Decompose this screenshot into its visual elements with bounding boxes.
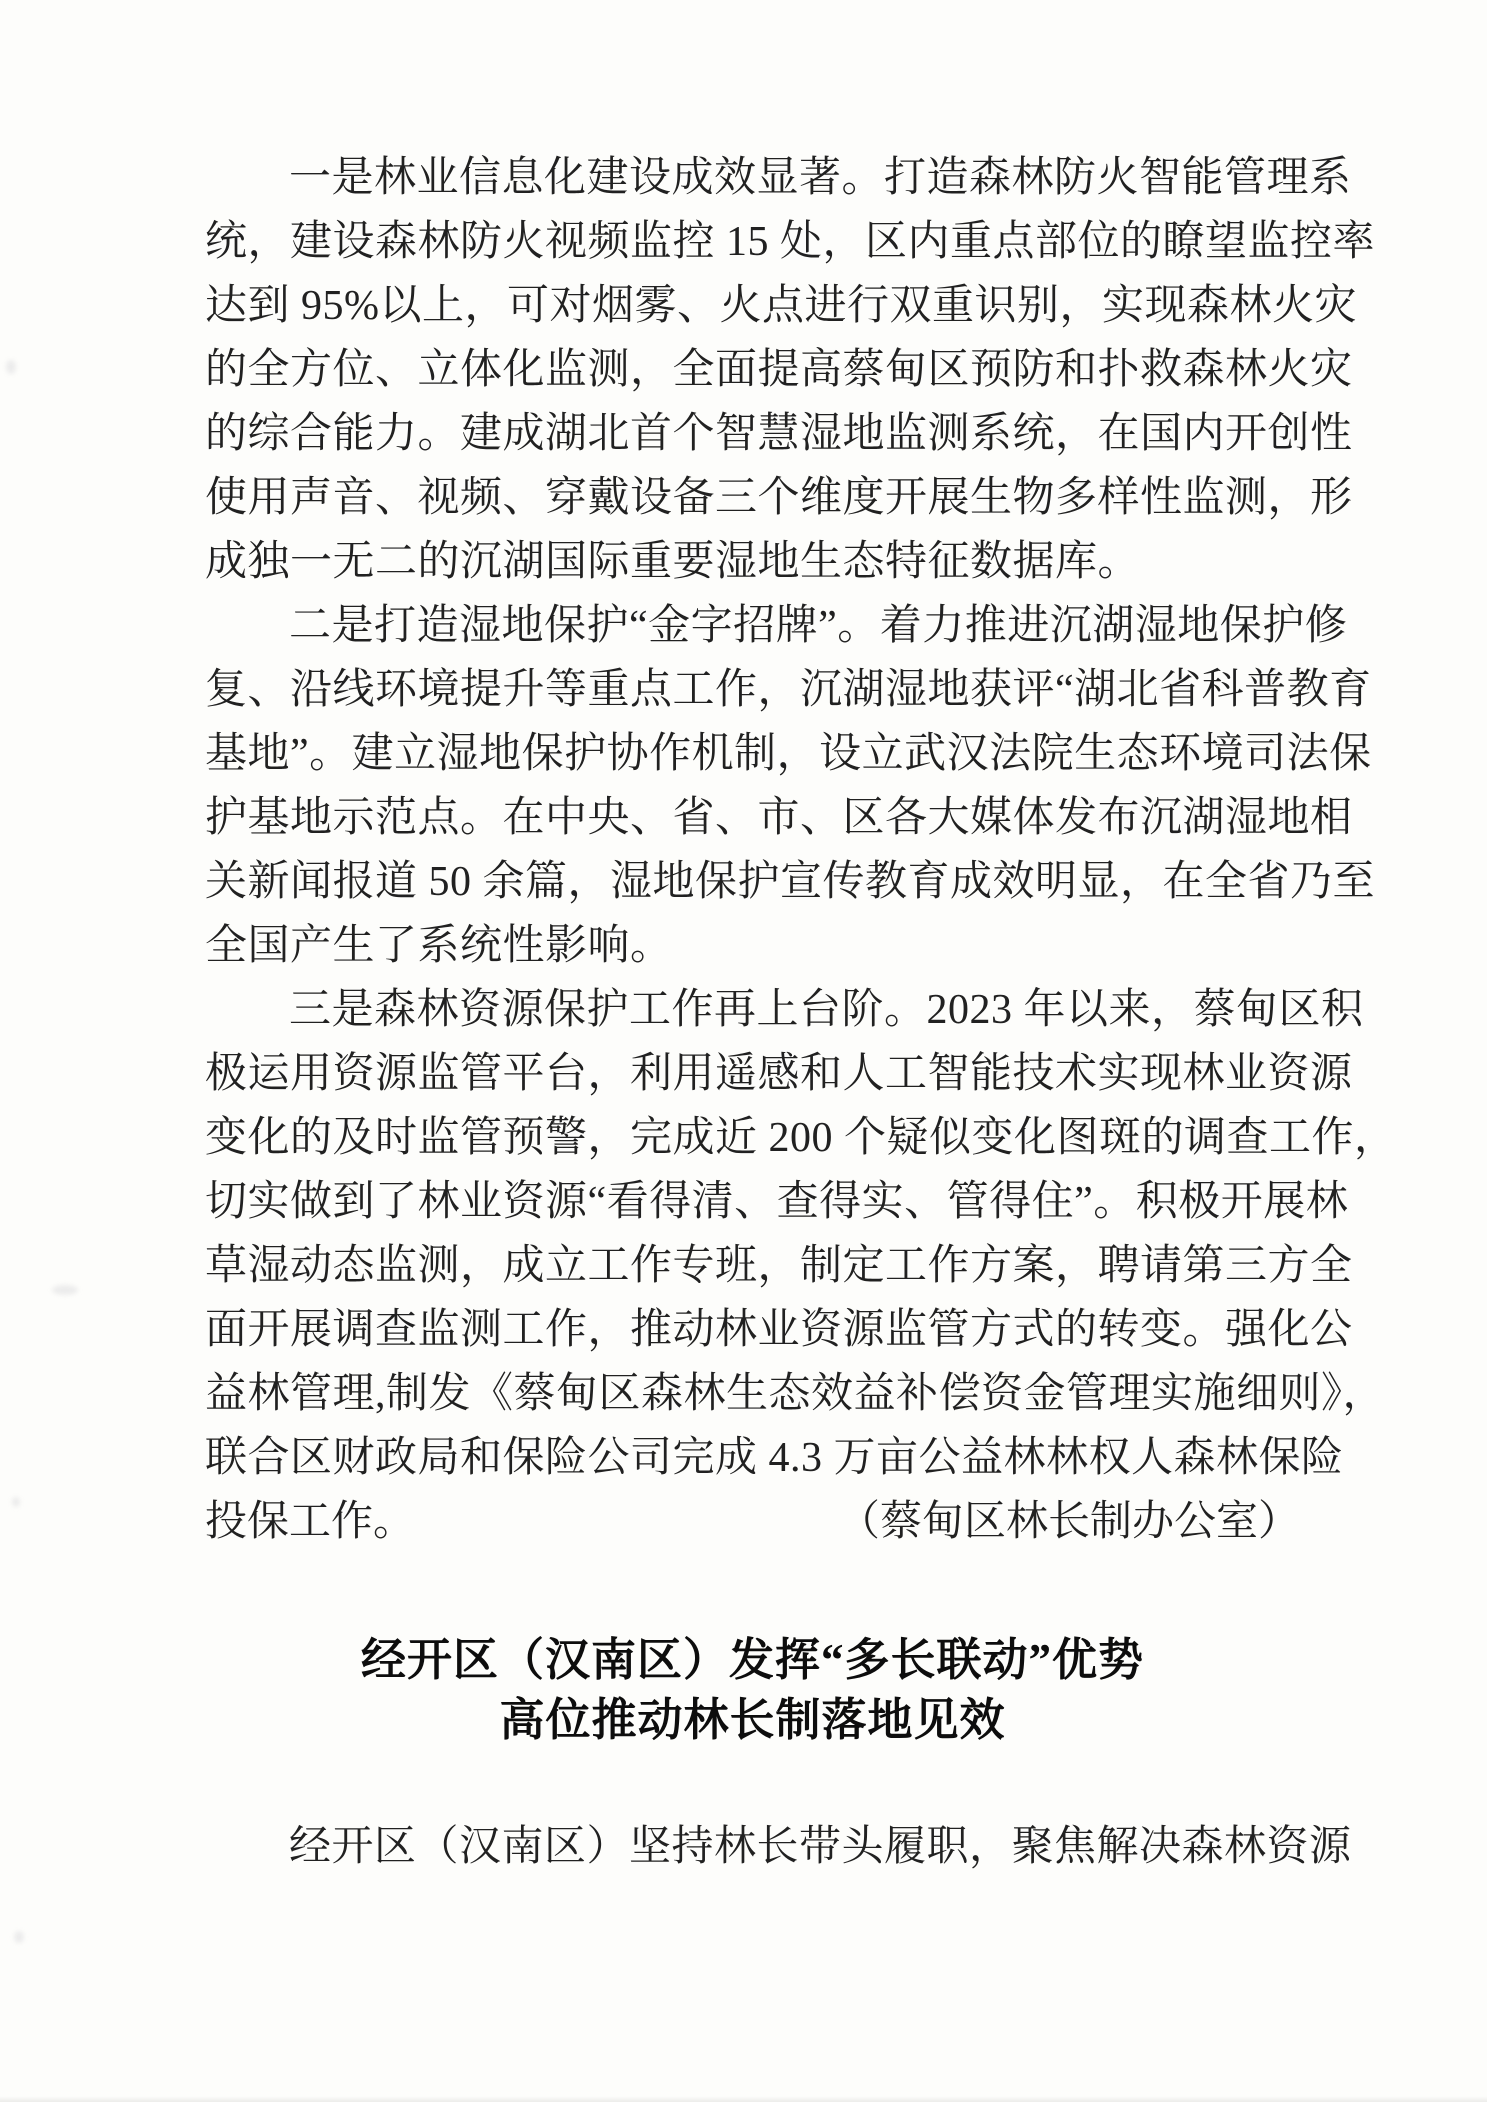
body-line: 的全方位、立体化监测，全面提高蔡甸区预防和扑救森林火灾: [205, 338, 1300, 402]
scan-artifact: [52, 1285, 78, 1295]
attribution-block: 投保工作。 （蔡甸区林长制办公室）: [205, 1490, 1300, 1554]
scan-artifact: [14, 1931, 24, 1943]
scan-bottom-edge: [0, 2096, 1487, 2102]
document-page: 一是林业信息化建设成效显著。打造森林防火智能管理系统，建设森林防火视频监控 15…: [0, 0, 1487, 2102]
body-line: 使用声音、视频、穿戴设备三个维度开展生物多样性监测，形: [205, 466, 1300, 530]
body-line: 关新闻报道 50 余篇，湿地保护宣传教育成效明显，在全省乃至: [205, 850, 1300, 914]
body-line: 二是打造湿地保护“金字招牌”。着力推进沉湖湿地保护修: [205, 594, 1300, 658]
body-line: 草湿动态监测，成立工作专班，制定工作方案，聘请第三方全: [205, 1234, 1300, 1298]
body-line: 三是森林资源保护工作再上台阶。2023 年以来，蔡甸区积: [205, 978, 1300, 1042]
scan-artifact: [6, 360, 16, 374]
body-line: 面开展调查监测工作，推动林业资源监管方式的转变。强化公: [205, 1298, 1300, 1362]
body-line: 护基地示范点。在中央、省、市、区各大媒体发布沉湖湿地相: [205, 786, 1300, 850]
body-line: 联合区财政局和保险公司完成 4.3 万亩公益林林权人森林保险: [205, 1426, 1300, 1490]
body-line: 基地”。建立湿地保护协作机制，设立武汉法院生态环境司法保: [205, 722, 1300, 786]
attribution-row: 投保工作。 （蔡甸区林长制办公室）: [205, 1490, 1300, 1554]
paragraph: 二是打造湿地保护“金字招牌”。着力推进沉湖湿地保护修复、沿线环境提升等重点工作，…: [205, 594, 1300, 978]
paragraph: 一是林业信息化建设成效显著。打造森林防火智能管理系统，建设森林防火视频监控 15…: [205, 146, 1300, 594]
closing-paragraph: 经开区（汉南区）坚持林长带头履职，聚焦解决森林资源: [205, 1815, 1300, 1879]
body-line: 达到 95%以上，可对烟雾、火点进行双重识别，实现森林火灾: [205, 274, 1300, 338]
body-line: 经开区（汉南区）坚持林长带头履职，聚焦解决森林资源: [205, 1815, 1300, 1879]
document-body: 一是林业信息化建设成效显著。打造森林防火智能管理系统，建设森林防火视频监控 15…: [205, 146, 1300, 1490]
paragraph: 经开区（汉南区）坚持林长带头履职，聚焦解决森林资源: [205, 1815, 1300, 1879]
body-line: 复、沿线环境提升等重点工作，沉湖湿地获评“湖北省科普教育: [205, 658, 1300, 722]
body-line: 一是林业信息化建设成效显著。打造森林防火智能管理系: [205, 146, 1300, 210]
body-line: 变化的及时监管预警，完成近 200 个疑似变化图斑的调查工作，: [205, 1106, 1300, 1170]
body-line: 成独一无二的沉湖国际重要湿地生态特征数据库。: [205, 530, 1300, 594]
scan-artifact: [12, 1497, 20, 1507]
body-line: 统，建设森林防火视频监控 15 处，区内重点部位的瞭望监控率: [205, 210, 1300, 274]
attribution-office: （蔡甸区林长制办公室）: [838, 1490, 1300, 1554]
heading-line-1: 经开区（汉南区）发挥“多长联动”优势: [205, 1630, 1300, 1690]
body-line: 切实做到了林业资源“看得清、查得实、管得住”。积极开展林: [205, 1170, 1300, 1234]
body-line: 全国产生了系统性影响。: [205, 914, 1300, 978]
section-heading: 经开区（汉南区）发挥“多长联动”优势 高位推动林长制落地见效: [205, 1630, 1300, 1750]
body-line: 益林管理,制发《蔡甸区森林生态效益补偿资金管理实施细则》，: [205, 1362, 1300, 1426]
closing-sentence: 投保工作。: [205, 1490, 415, 1554]
body-line: 的综合能力。建成湖北首个智慧湿地监测系统，在国内开创性: [205, 402, 1300, 466]
body-line: 极运用资源监管平台，利用遥感和人工智能技术实现林业资源: [205, 1042, 1300, 1106]
paragraph: 三是森林资源保护工作再上台阶。2023 年以来，蔡甸区积极运用资源监管平台，利用…: [205, 978, 1300, 1490]
heading-line-2: 高位推动林长制落地见效: [205, 1690, 1300, 1750]
